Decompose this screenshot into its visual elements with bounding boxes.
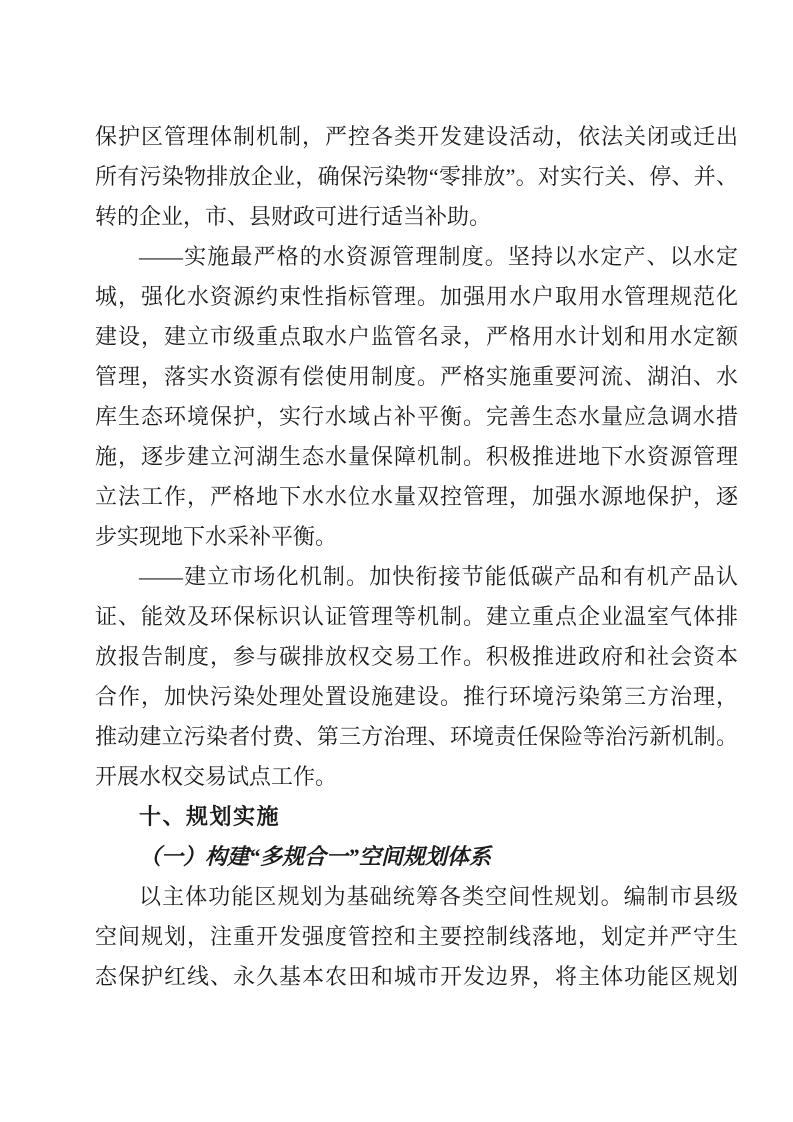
section-heading: 十、规划实施: [95, 797, 738, 837]
body-text-line: 空间规划，注重开发强度管控和主要控制线落地，划定并严守生: [95, 917, 738, 957]
document-content: 保护区管理体制机制，严控各类开发建设活动，依法关闭或迁出所有污染物排放企业，确保…: [95, 117, 738, 997]
body-text-line: 管理，落实水资源有偿使用制度。严格实施重要河流、湖泊、水: [95, 357, 738, 397]
body-text-line: 证、能效及环保标识认证管理等机制。建立重点企业温室气体排: [95, 597, 738, 637]
body-text-line: 库生态环境保护，实行水域占补平衡。完善生态水量应急调水措: [95, 397, 738, 437]
body-text-line: ——实施最严格的水资源管理制度。坚持以水定产、以水定: [95, 237, 738, 277]
body-text-line: 城，强化水资源约束性指标管理。加强用水户取用水管理规范化: [95, 277, 738, 317]
body-text-line: 转的企业，市、县财政可进行适当补助。: [95, 197, 738, 237]
body-text-line: 以主体功能区规划为基础统筹各类空间性规划。编制市县级: [95, 877, 738, 917]
body-text-line: 态保护红线、永久基本农田和城市开发边界，将主体功能区规划: [95, 957, 738, 997]
body-text-line: 立法工作，严格地下水水位水量双控管理，加强水源地保护，逐: [95, 477, 738, 517]
body-text-line: 推动建立污染者付费、第三方治理、环境责任保险等治污新机制。: [95, 717, 738, 757]
body-text-line: 放报告制度，参与碳排放权交易工作。积极推进政府和社会资本: [95, 637, 738, 677]
body-text-line: 所有污染物排放企业，确保污染物“零排放”。对实行关、停、并、: [95, 157, 738, 197]
body-text-line: 合作，加快污染处理处置设施建设。推行环境污染第三方治理，: [95, 677, 738, 717]
body-text-line: 建设，建立市级重点取水户监管名录，严格用水计划和用水定额: [95, 317, 738, 357]
body-text-line: 开展水权交易试点工作。: [95, 757, 738, 797]
body-text-line: 保护区管理体制机制，严控各类开发建设活动，依法关闭或迁出: [95, 117, 738, 157]
body-text-line: 步实现地下水采补平衡。: [95, 517, 738, 557]
body-text-line: 施，逐步建立河湖生态水量保障机制。积极推进地下水资源管理: [95, 437, 738, 477]
body-text-line: ——建立市场化机制。加快衔接节能低碳产品和有机产品认: [95, 557, 738, 597]
subsection-heading: （一）构建“多规合一”空间规划体系: [95, 837, 738, 877]
document-page: 保护区管理体制机制，严控各类开发建设活动，依法关闭或迁出所有污染物排放企业，确保…: [0, 0, 793, 1122]
